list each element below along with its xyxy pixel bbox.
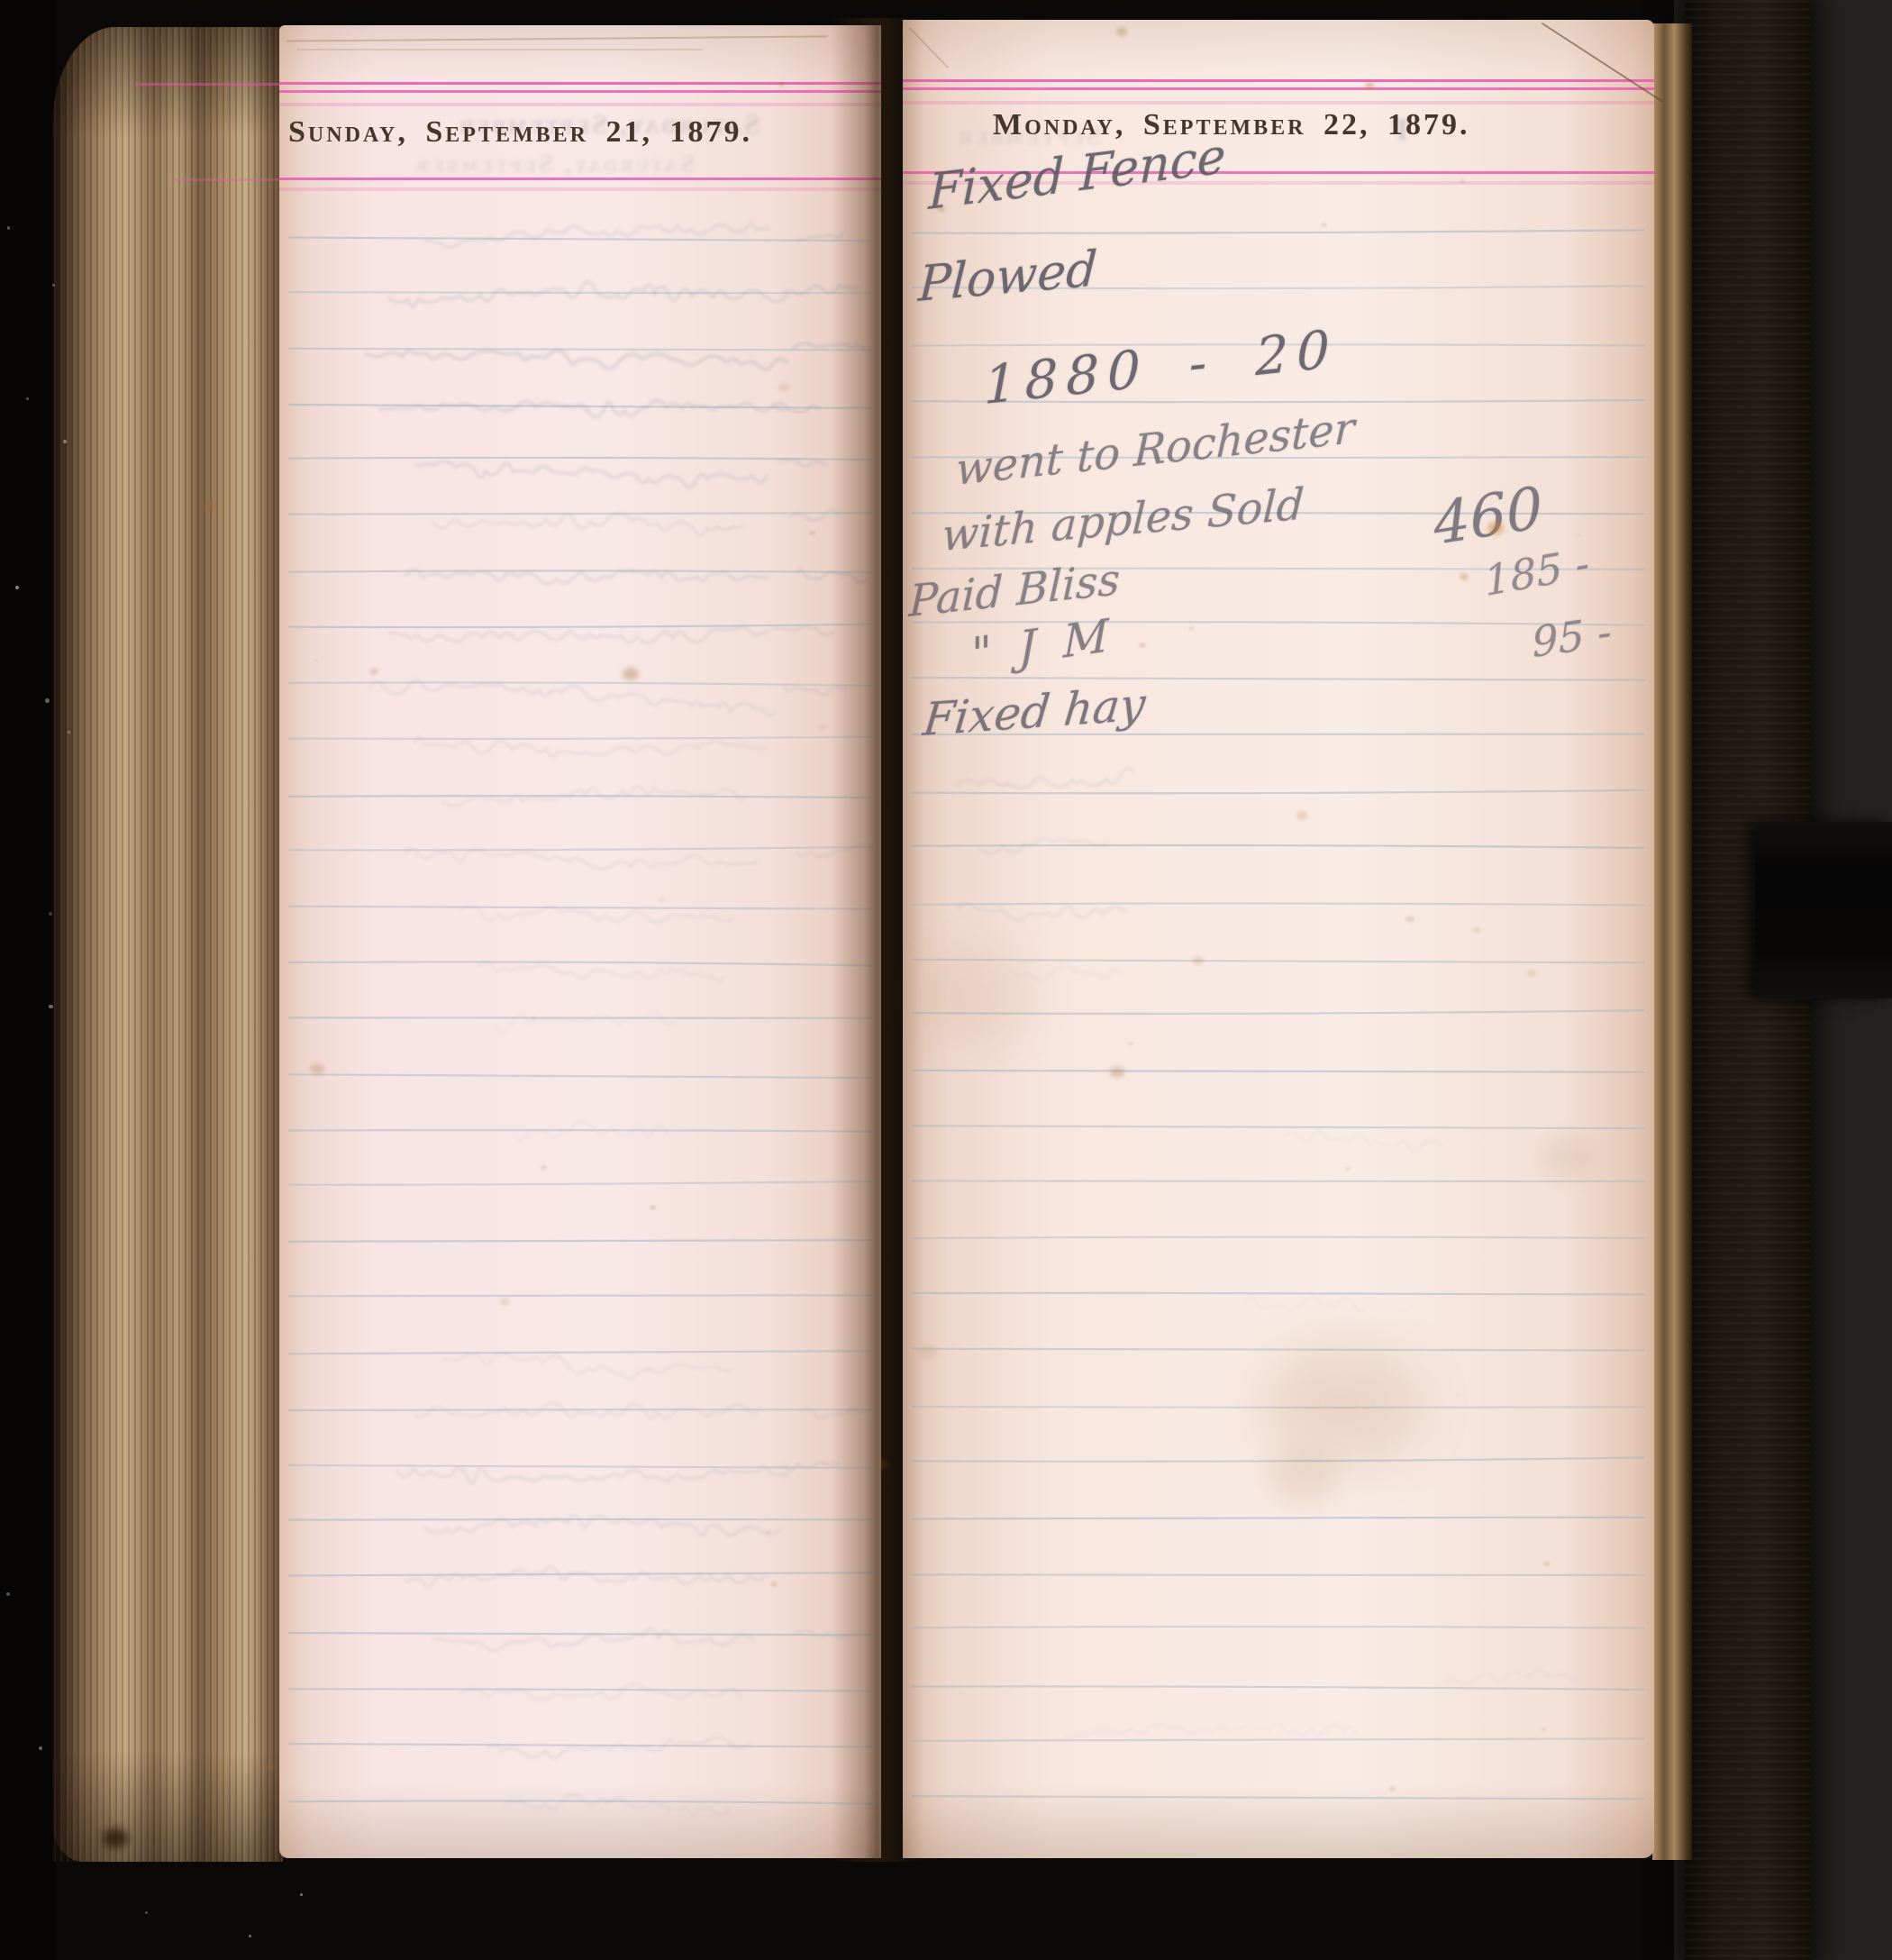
left-page-header: Sunday, September 21, 1879. xyxy=(288,115,685,150)
pink-rule-edge xyxy=(171,178,279,181)
pink-rule xyxy=(903,87,1654,90)
book-strap xyxy=(1755,822,1892,998)
page-edges-left xyxy=(52,27,283,1862)
ruled-lines-left xyxy=(279,25,881,1858)
left-page: Saturday, September Saturday, September … xyxy=(279,25,881,1858)
right-page: September T Monday, September 22, 1879. … xyxy=(903,20,1654,1858)
dust-speck xyxy=(145,1911,148,1914)
pink-rule xyxy=(903,101,1654,105)
bleedthrough-header-ghost: Saturday, September xyxy=(360,150,748,179)
pink-rule xyxy=(279,103,881,106)
pink-rule-edge xyxy=(135,83,279,86)
dust-speck xyxy=(300,1893,302,1895)
dust-speck xyxy=(249,1935,251,1937)
diary-photo-scene: Saturday, September Saturday, September … xyxy=(0,0,1892,1960)
page-top-edge xyxy=(297,49,703,50)
pink-rule xyxy=(903,79,1654,82)
scanner-background-left xyxy=(0,0,56,1960)
gutter-shadow xyxy=(831,18,924,1862)
pink-rule xyxy=(279,82,881,85)
page-edges-right xyxy=(1652,23,1692,1860)
pink-rule xyxy=(279,187,881,191)
pink-rule xyxy=(279,90,881,93)
